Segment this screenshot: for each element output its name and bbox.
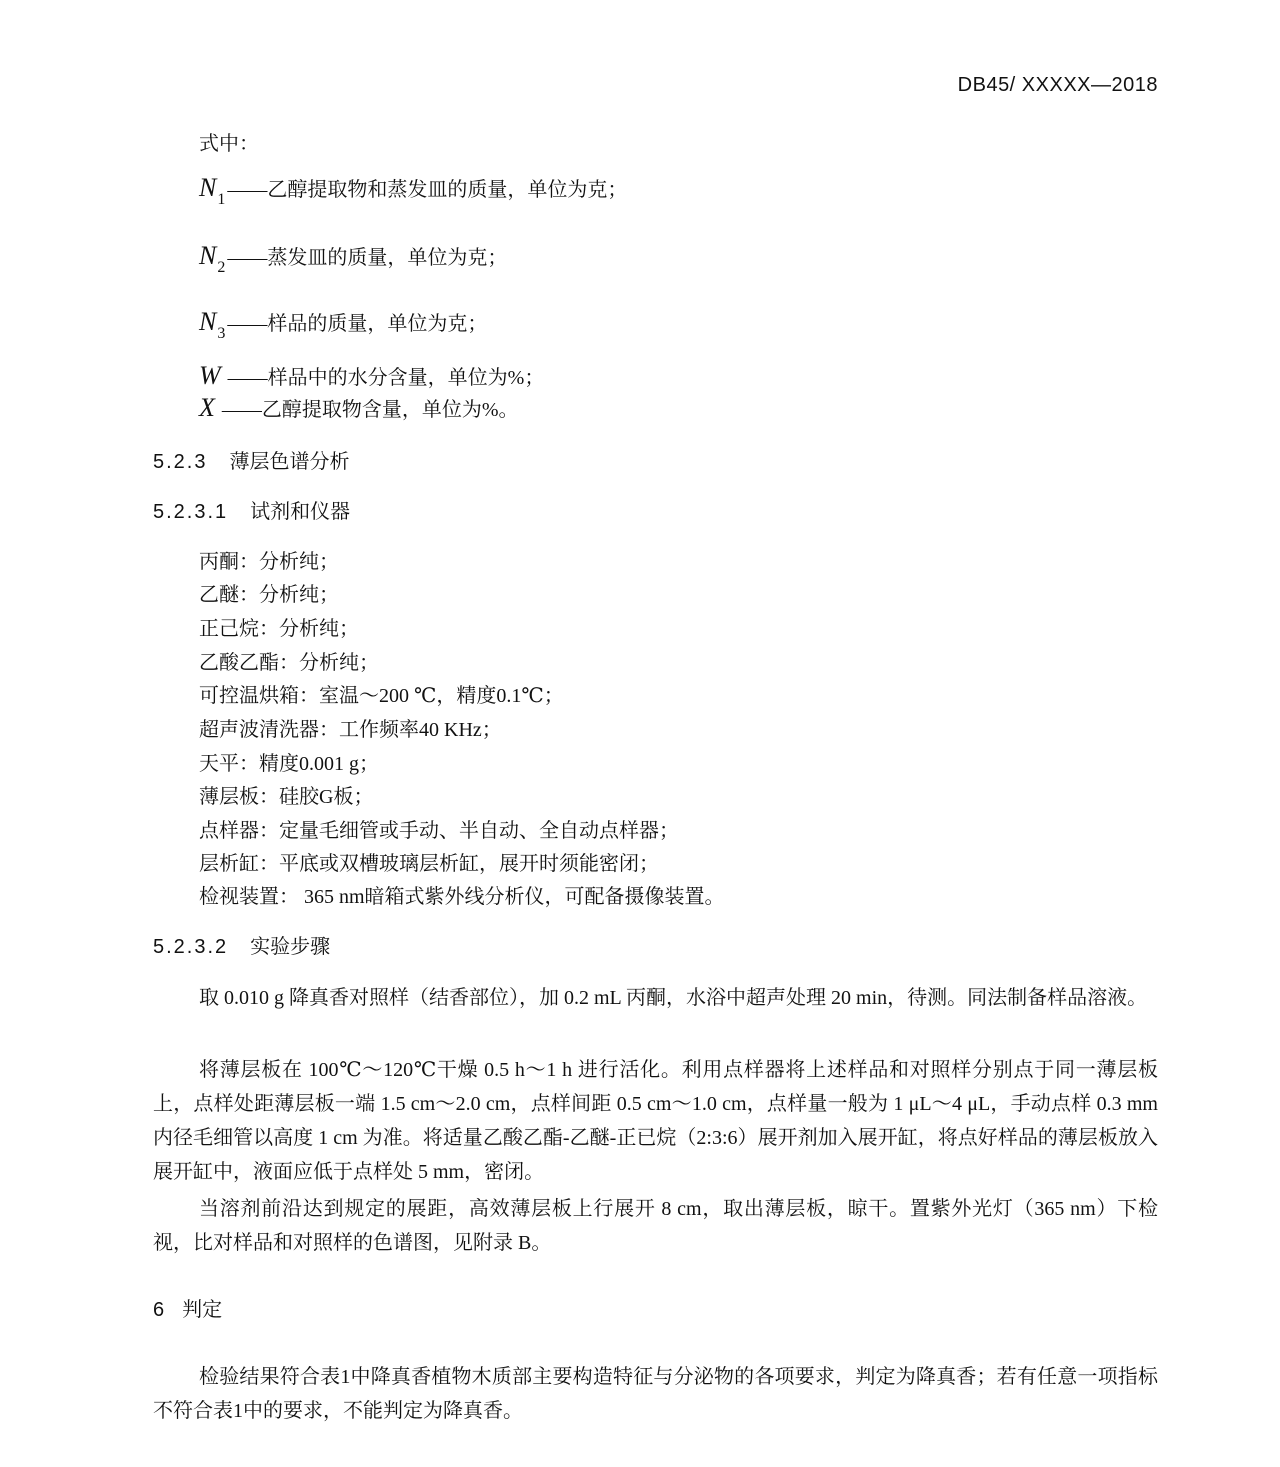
- document-page: DB45/ XXXXX—2018 式中： N1——乙醇提取物和蒸发皿的质量，单位…: [0, 0, 1280, 1467]
- formula-legend-intro: 式中：: [199, 132, 259, 156]
- instrument-item: 薄层板：硅胶G板；: [199, 785, 373, 809]
- legend-item-n2: N2——蒸发皿的质量，单位为克；: [199, 244, 507, 272]
- procedure-paragraph: 将薄层板在 100℃～120℃干燥 0.5 h～1 h 进行活化。利用点样器将上…: [153, 1053, 1158, 1189]
- section-title: 试剂和仪器: [250, 501, 350, 523]
- legend-item-w: W ——样品中的水分含量，单位为%；: [199, 364, 544, 390]
- variable-subscript: 2: [217, 259, 225, 276]
- legend-item-x: X ——乙醇提取物含量，单位为%。: [199, 396, 519, 422]
- legend-dash: ——: [227, 313, 267, 335]
- reagent-item: 乙醚：分析纯；: [199, 583, 339, 607]
- section-number: 5.2.3.1: [153, 501, 228, 523]
- section-title: 判定: [182, 1299, 222, 1321]
- legend-text: 样品中的水分含量，单位为%；: [268, 367, 545, 389]
- variable-symbol: N: [199, 307, 216, 336]
- legend-dash: ——: [227, 179, 267, 201]
- instrument-item: 天平：精度0.001 g；: [199, 752, 379, 776]
- document-code: DB45/ XXXXX—2018: [958, 74, 1158, 97]
- variable-symbol: N: [199, 173, 216, 202]
- variable-symbol: X: [199, 393, 215, 422]
- legend-text: 乙醇提取物和蒸发皿的质量，单位为克；: [267, 179, 627, 201]
- procedure-paragraph: 当溶剂前沿达到规定的展距，高效薄层板上行展开 8 cm，取出薄层板，晾干。置紫外…: [153, 1192, 1158, 1260]
- legend-item-n1: N1——乙醇提取物和蒸发皿的质量，单位为克；: [199, 176, 627, 204]
- legend-dash: ——: [227, 247, 267, 269]
- reagent-item: 正己烷：分析纯；: [199, 617, 359, 641]
- variable-subscript: 3: [217, 325, 225, 342]
- legend-text: 蒸发皿的质量，单位为克；: [267, 247, 507, 269]
- reagent-item: 乙酸乙酯：分析纯；: [199, 651, 379, 675]
- section-heading-6: 6判定: [153, 1298, 222, 1322]
- instrument-item: 可控温烘箱：室温～200 ℃，精度0.1℃；: [199, 684, 564, 708]
- instrument-item: 检视装置： 365 nm暗箱式紫外线分析仪，可配备摄像装置。: [199, 885, 725, 909]
- legend-dash: ——: [217, 399, 262, 421]
- section-number: 5.2.3.2: [153, 936, 228, 958]
- section-heading-5-2-3-2: 5.2.3.2实验步骤: [153, 935, 330, 959]
- legend-dash: ——: [223, 367, 268, 389]
- instrument-item: 层析缸：平底或双槽玻璃层析缸，展开时须能密闭；: [199, 852, 659, 876]
- legend-text: 乙醇提取物含量，单位为%。: [262, 399, 519, 421]
- instrument-item: 点样器：定量毛细管或手动、半自动、全自动点样器；: [199, 819, 679, 843]
- legend-text: 样品的质量，单位为克；: [267, 313, 487, 335]
- instrument-item: 超声波清洗器：工作频率40 KHz；: [199, 718, 502, 742]
- variable-symbol: N: [199, 241, 216, 270]
- judgement-paragraph: 检验结果符合表1中降真香植物木质部主要构造特征与分泌物的各项要求，判定为降真香；…: [153, 1360, 1158, 1428]
- section-heading-5-2-3-1: 5.2.3.1试剂和仪器: [153, 500, 350, 524]
- section-number: 5.2.3: [153, 451, 207, 473]
- section-number: 6: [153, 1299, 166, 1321]
- variable-subscript: 1: [217, 191, 225, 208]
- legend-item-n3: N3——样品的质量，单位为克；: [199, 310, 487, 338]
- reagent-item: 丙酮：分析纯；: [199, 550, 339, 574]
- section-title: 薄层色谱分析: [229, 451, 349, 473]
- procedure-paragraph: 取 0.010 g 降真香对照样（结香部位），加 0.2 mL 丙酮，水浴中超声…: [153, 981, 1158, 1015]
- section-title: 实验步骤: [250, 936, 330, 958]
- section-heading-5-2-3: 5.2.3薄层色谱分析: [153, 450, 349, 474]
- variable-symbol: W: [199, 361, 221, 390]
